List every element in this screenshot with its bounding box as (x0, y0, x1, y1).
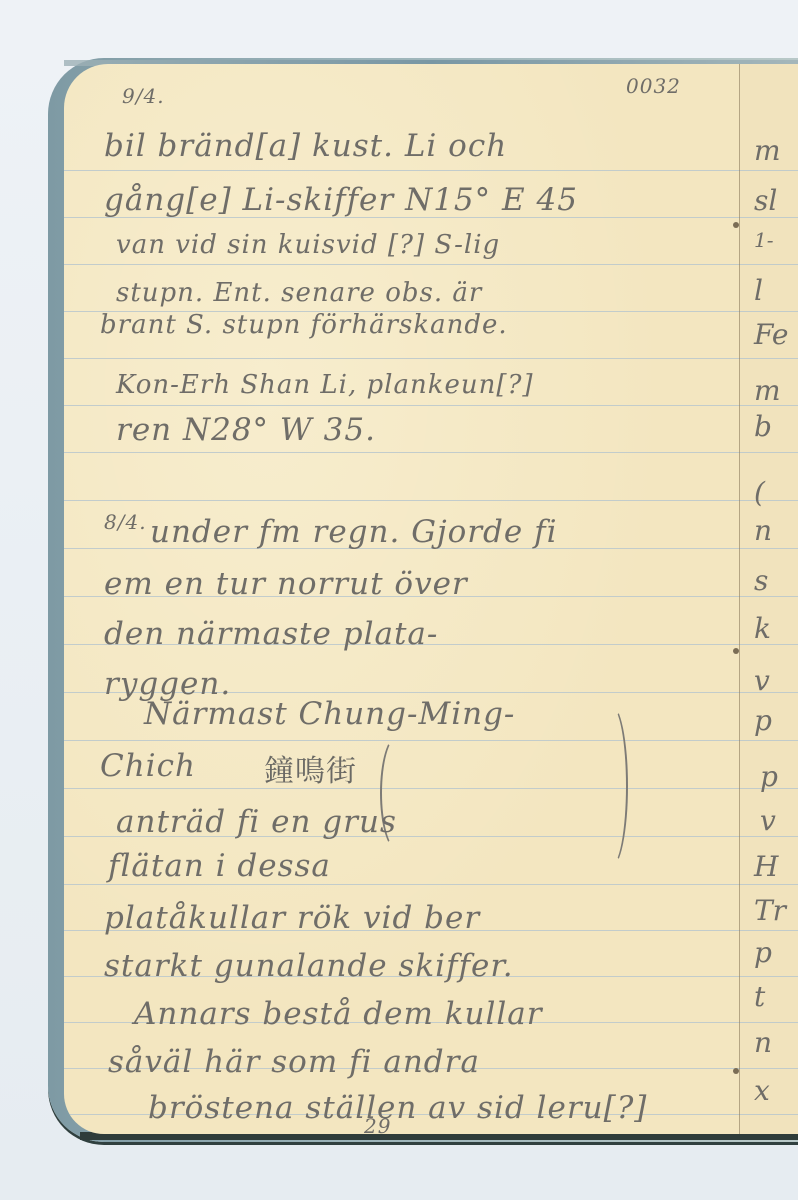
entry-date: 9/4. (122, 84, 165, 108)
partial-text: p (754, 936, 772, 969)
handwritten-line: bil bränd[a] kust. Li och (104, 128, 507, 164)
handwritten-line: starkt gunalande skiffer. (104, 948, 514, 984)
ruled-line (64, 358, 740, 359)
partial-text: sl (754, 184, 777, 217)
partial-text: m (754, 134, 781, 167)
chinese-place-name: 鐘鳴街 (264, 746, 357, 790)
partial-text: p (760, 760, 778, 793)
partial-text: l (754, 274, 763, 307)
partial-text: n (754, 514, 772, 547)
handwritten-line: Kon-Erh Shan Li, plankeun[?] (116, 370, 534, 400)
partial-text: Tr (754, 894, 786, 927)
partial-text: k (754, 612, 771, 645)
partial-text: b (754, 410, 772, 443)
handwritten-line: anträd fi en grus (116, 804, 397, 840)
partial-text: Fe (754, 318, 788, 351)
handwritten-line: bröstena ställen av sid leru[?] (148, 1090, 647, 1126)
ruled-line (64, 452, 740, 453)
handwritten-line: Chich (100, 748, 196, 784)
handwritten-line: ren N28° W 35. (116, 412, 376, 448)
partial-text: H (754, 850, 778, 883)
ruled-line (64, 170, 740, 171)
partial-text: v (754, 664, 770, 697)
binding-stitch (733, 222, 739, 228)
handwritten-line: flätan i dessa (108, 848, 331, 884)
handwritten-line: platåkullar rök vid ber (104, 900, 480, 936)
handwritten-line: gång[e] Li-skiffer N15° E 45 (104, 182, 578, 218)
handwritten-line: em en tur norrut över (104, 566, 468, 602)
partial-text: 1- (754, 228, 773, 252)
partial-text: x (754, 1074, 770, 1107)
partial-text: n (754, 1026, 772, 1059)
handwritten-line: brant S. stupn förhärskande. (100, 310, 508, 340)
partial-text: ( (754, 476, 765, 509)
ruled-line (64, 884, 740, 885)
ruled-line (64, 264, 740, 265)
handwritten-line: stupn. Ent. senare obs. är (116, 278, 482, 308)
partial-text: p (754, 704, 772, 737)
page-number: 29 (364, 1114, 391, 1134)
left-page: 9/4. 0032 bil bränd[a] kust. Li och gång… (64, 64, 740, 1134)
ruled-line (64, 405, 740, 406)
binding-stitch (733, 648, 739, 654)
archive-number: 0032 (626, 74, 681, 98)
handwritten-line: van vid sin kuisvid [?] S-lig (116, 230, 500, 260)
partial-text: v (760, 804, 776, 837)
partial-text: s (754, 564, 768, 597)
bracket-right (594, 704, 628, 868)
partial-text: m (754, 374, 781, 407)
right-page-partial: m sl 1- l Fe m b ( n s k v p p v H Tr p … (740, 64, 798, 1134)
handwritten-line: den närmaste plata- (104, 616, 438, 652)
entry-date: 8/4. (104, 510, 147, 534)
handwritten-line: under fm regn. Gjorde fi (150, 514, 558, 550)
partial-text: t (754, 980, 765, 1013)
handwritten-line: Närmast Chung-Ming- (144, 696, 515, 732)
binding-stitch (733, 1068, 739, 1074)
ruled-line (64, 500, 740, 501)
handwritten-line: såväl här som fi andra (108, 1044, 480, 1080)
handwritten-line: Annars bestå dem kullar (134, 996, 543, 1032)
